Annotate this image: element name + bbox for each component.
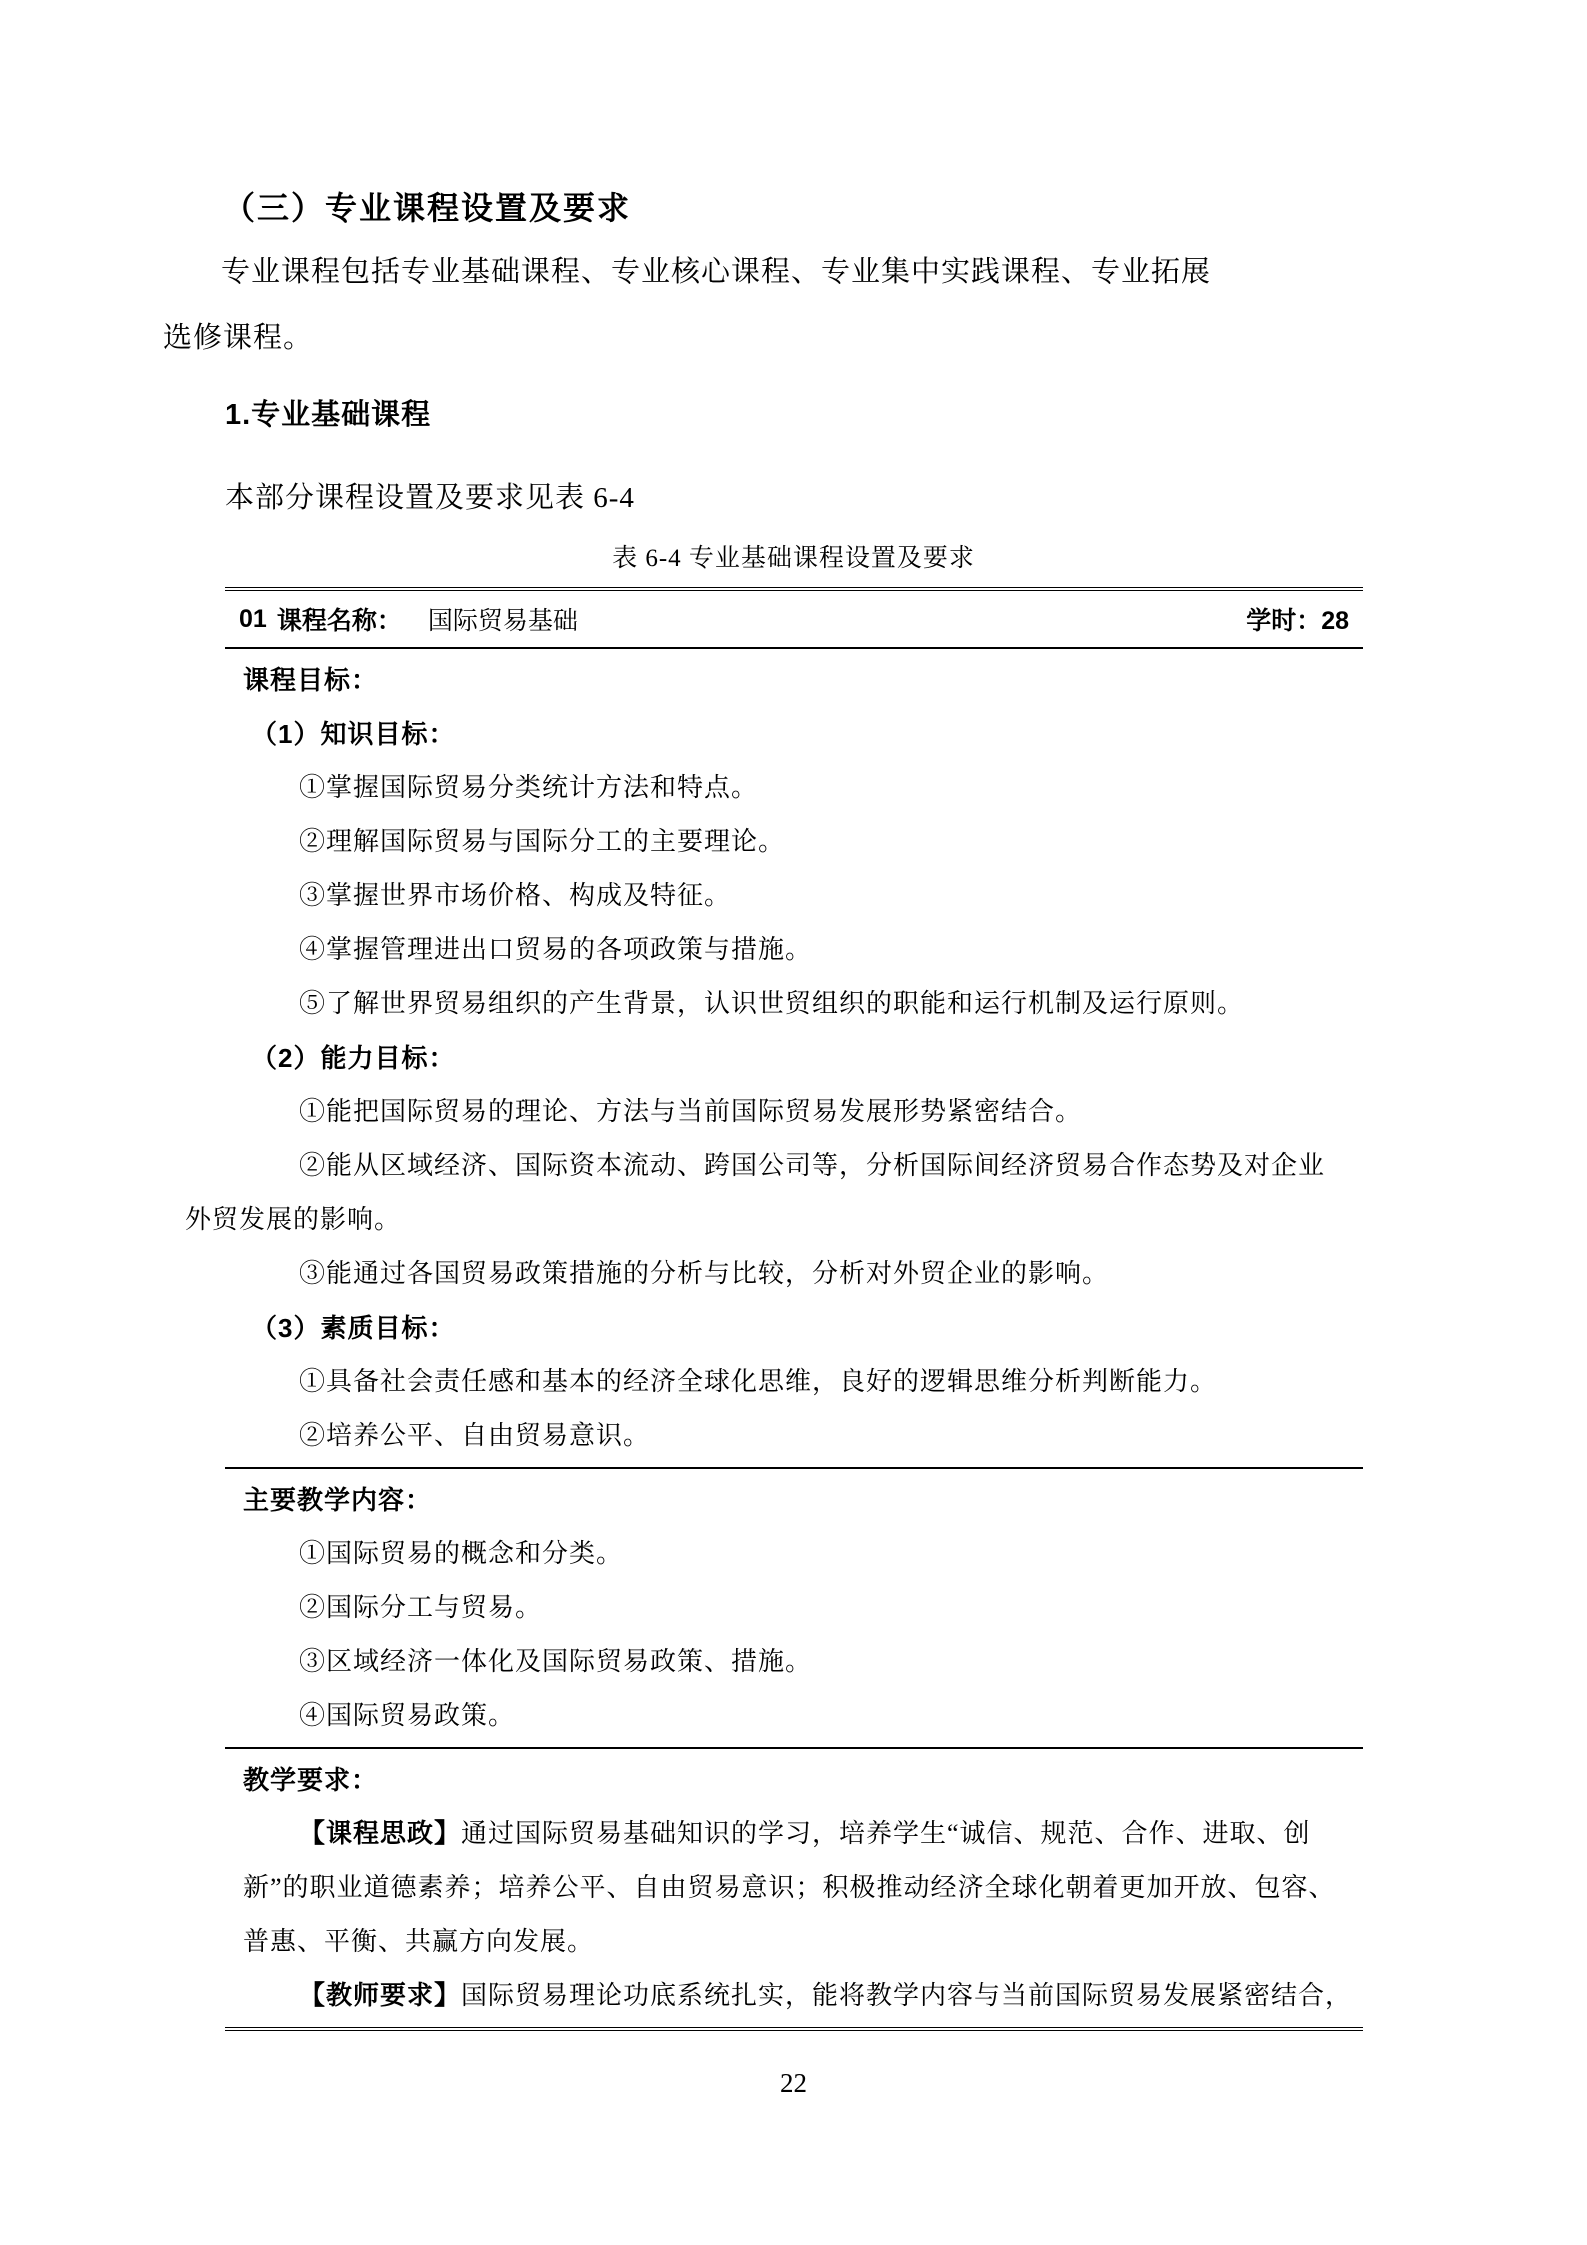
course-table: 01 课程名称： 国际贸易基础 学时：28 课程目标：（1）知识目标：①掌握国际… xyxy=(225,587,1363,2031)
section-heading: （三）专业课程设置及要求 xyxy=(223,183,631,229)
text-line: 新”的职业道德素养；培养公平、自由贸易意识；积极推动经济全球化朝着更加开放、包容… xyxy=(243,1861,1345,1915)
table-reference-text: 本部分课程设置及要求见表 6-4 xyxy=(225,475,635,516)
bracket-label: 【教师要求】 xyxy=(299,1981,461,2010)
text-line: ②国际分工与贸易。 xyxy=(299,1581,1345,1635)
text-line: 教学要求： xyxy=(243,1753,1345,1807)
table-section-teaching-content: 主要教学内容：①国际贸易的概念和分类。②国际分工与贸易。③区域经济一体化及国际贸… xyxy=(225,1469,1363,1749)
course-name: 国际贸易基础 xyxy=(428,601,578,637)
sub-heading: 1.专业基础课程 xyxy=(225,392,431,433)
text-line: ②培养公平、自由贸易意识。 xyxy=(299,1409,1345,1463)
text-line: 【教师要求】国际贸易理论功底系统扎实，能将教学内容与当前国际贸易发展紧密结合， xyxy=(299,1969,1345,2023)
text-line: ①能把国际贸易的理论、方法与当前国际贸易发展形势紧密结合。 xyxy=(299,1085,1345,1139)
text-line: ②能从区域经济、国际资本流动、跨国公司等，分析国际间经济贸易合作态势及对企业 xyxy=(299,1139,1345,1193)
table-section-course-objectives: 课程目标：（1）知识目标：①掌握国际贸易分类统计方法和特点。②理解国际贸易与国际… xyxy=(225,649,1363,1469)
course-number: 01 xyxy=(239,605,267,634)
course-name-label: 课程名称： xyxy=(277,601,402,637)
page-number: 22 xyxy=(0,2068,1587,2099)
course-hours: 学时：28 xyxy=(1246,601,1349,637)
table-caption: 表 6-4 专业基础课程设置及要求 xyxy=(0,538,1587,574)
table-section-teaching-requirements: 教学要求：【课程思政】通过国际贸易基础知识的学习，培养学生“诚信、规范、合作、进… xyxy=(225,1749,1363,2027)
text-line: ③掌握世界市场价格、构成及特征。 xyxy=(299,869,1345,923)
text-line: ①国际贸易的概念和分类。 xyxy=(299,1527,1345,1581)
document-page: （三）专业课程设置及要求 专业课程包括专业基础课程、专业核心课程、专业集中实践课… xyxy=(0,0,1587,2245)
intro-line: 选修课程。 xyxy=(163,315,313,356)
table-header-row: 01 课程名称： 国际贸易基础 学时：28 xyxy=(225,591,1363,649)
text-line: ⑤了解世界贸易组织的产生背景，认识世贸组织的职能和运行机制及运行原则。 xyxy=(299,977,1345,1031)
bracket-label: 【课程思政】 xyxy=(299,1819,461,1848)
text-line: 课程目标： xyxy=(243,653,1345,707)
text-line: 主要教学内容： xyxy=(243,1473,1345,1527)
text-line: ②理解国际贸易与国际分工的主要理论。 xyxy=(299,815,1345,869)
course-name-group: 01 课程名称： 国际贸易基础 xyxy=(239,601,578,637)
text-line: ③区域经济一体化及国际贸易政策、措施。 xyxy=(299,1635,1345,1689)
text-line: 外贸发展的影响。 xyxy=(185,1193,1345,1247)
text-line: （2）能力目标： xyxy=(251,1031,1345,1085)
text-line: 普惠、平衡、共赢方向发展。 xyxy=(243,1915,1345,1969)
text-line: ④掌握管理进出口贸易的各项政策与措施。 xyxy=(299,923,1345,977)
text-line: ①具备社会责任感和基本的经济全球化思维，良好的逻辑思维分析判断能力。 xyxy=(299,1355,1345,1409)
text-line: ④国际贸易政策。 xyxy=(299,1689,1345,1743)
text-line: （3）素质目标： xyxy=(251,1301,1345,1355)
intro-line: 专业课程包括专业基础课程、专业核心课程、专业集中实践课程、专业拓展 xyxy=(221,249,1211,290)
text-line: ①掌握国际贸易分类统计方法和特点。 xyxy=(299,761,1345,815)
text-line: 【课程思政】通过国际贸易基础知识的学习，培养学生“诚信、规范、合作、进取、创 xyxy=(299,1807,1345,1861)
text-line: ③能通过各国贸易政策措施的分析与比较，分析对外贸企业的影响。 xyxy=(299,1247,1345,1301)
text-line: （1）知识目标： xyxy=(251,707,1345,761)
